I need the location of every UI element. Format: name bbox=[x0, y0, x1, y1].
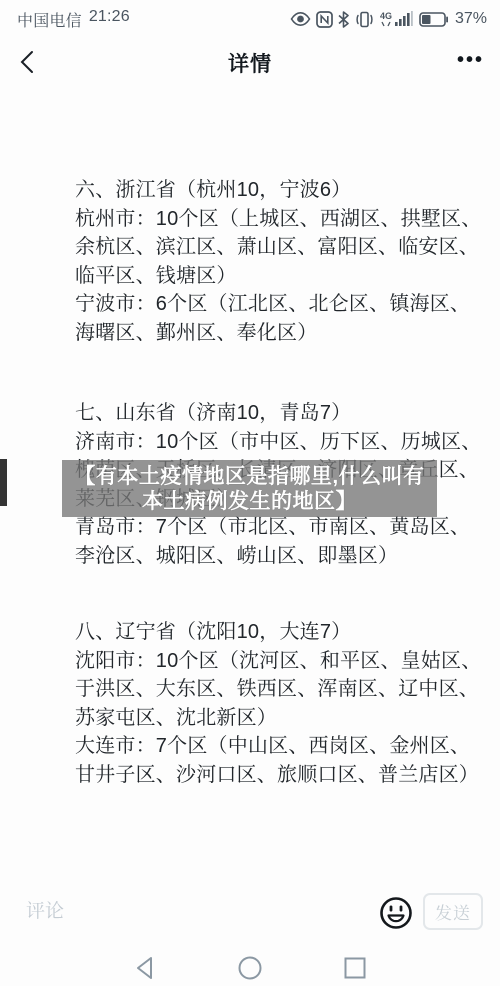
send-button[interactable]: 发送 bbox=[423, 893, 483, 930]
text-line: 八、辽宁省（沈阳10，大连7） bbox=[75, 618, 470, 647]
vibrate-icon bbox=[354, 11, 375, 28]
text-line: 苏家屯区、沈北新区） bbox=[75, 704, 470, 733]
watermark-text-line: 本土病例发生的地区】 bbox=[142, 489, 357, 514]
nfc-icon bbox=[316, 11, 333, 28]
text-line: 临平区、钱塘区） bbox=[75, 262, 470, 291]
text-line: 沈阳市：10个区（沈河区、和平区、皇姑区、 bbox=[75, 647, 470, 676]
section-liaoning: 八、辽宁省（沈阳10，大连7） 沈阳市：10个区（沈河区、和平区、皇姑区、 于洪… bbox=[75, 618, 470, 789]
phone-screen: 中国电信 21:26 4G 37% bbox=[0, 0, 500, 986]
bluetooth-icon bbox=[338, 11, 349, 28]
android-home-icon[interactable] bbox=[236, 954, 264, 982]
battery-icon bbox=[419, 12, 448, 27]
status-bar: 中国电信 21:26 4G 37% bbox=[0, 0, 500, 38]
status-left: 中国电信 21:26 bbox=[17, 8, 130, 31]
comment-bar: 发送 bbox=[0, 888, 500, 936]
eye-protection-icon bbox=[290, 11, 311, 27]
android-nav-bar bbox=[0, 948, 500, 986]
text-line: 李沧区、城阳区、崂山区、即墨区） bbox=[75, 542, 470, 571]
text-line: 于洪区、大东区、铁西区、浑南区、辽中区、 bbox=[75, 675, 470, 704]
carrier-label: 中国电信 bbox=[17, 8, 82, 31]
text-line: 青岛市：7个区（市北区、市南区、黄岛区、 bbox=[75, 513, 470, 542]
text-line: 大连市：7个区（中山区、西岗区、金州区、 bbox=[75, 732, 470, 761]
comment-input[interactable] bbox=[26, 896, 356, 928]
text-line: 余杭区、滨江区、萧山区、富阳区、临安区、 bbox=[75, 233, 470, 262]
battery-percent-label: 37% bbox=[455, 10, 487, 28]
watermark-edge-fragment bbox=[0, 459, 7, 506]
text-line: 济南市：10个区（市中区、历下区、历城区、 bbox=[75, 428, 470, 457]
text-line: 甘井子区、沙河口区、旅顺口区、普兰店区） bbox=[75, 761, 470, 790]
4g-signal-icon: 4G bbox=[380, 10, 414, 28]
nav-bar: 详情 ••• bbox=[0, 38, 500, 86]
android-recents-icon[interactable] bbox=[341, 954, 369, 982]
android-back-icon[interactable] bbox=[131, 954, 159, 982]
status-icons: 4G 37% bbox=[290, 10, 487, 28]
watermark-overlay: 【有本土疫情地区是指哪里,什么叫有 本土病例发生的地区】 bbox=[62, 460, 437, 517]
text-line: 六、浙江省（杭州10，宁波6） bbox=[75, 176, 470, 205]
page-title: 详情 bbox=[0, 48, 500, 78]
more-options-button[interactable]: ••• bbox=[452, 46, 484, 74]
section-zhejiang: 六、浙江省（杭州10，宁波6） 杭州市：10个区（上城区、西湖区、拱墅区、 余杭… bbox=[75, 176, 470, 347]
text-line: 宁波市：6个区（江北区、北仑区、镇海区、 bbox=[75, 290, 470, 319]
text-line: 海曙区、鄞州区、奉化区） bbox=[75, 319, 470, 348]
clock-label: 21:26 bbox=[89, 8, 130, 31]
emoji-icon[interactable] bbox=[378, 895, 414, 931]
watermark-text-line: 【有本土疫情地区是指哪里,什么叫有 bbox=[74, 464, 424, 489]
text-line: 杭州市：10个区（上城区、西湖区、拱墅区、 bbox=[75, 205, 470, 234]
text-line: 七、山东省（济南10，青岛7） bbox=[75, 399, 470, 428]
svg-text:4G: 4G bbox=[380, 11, 392, 21]
